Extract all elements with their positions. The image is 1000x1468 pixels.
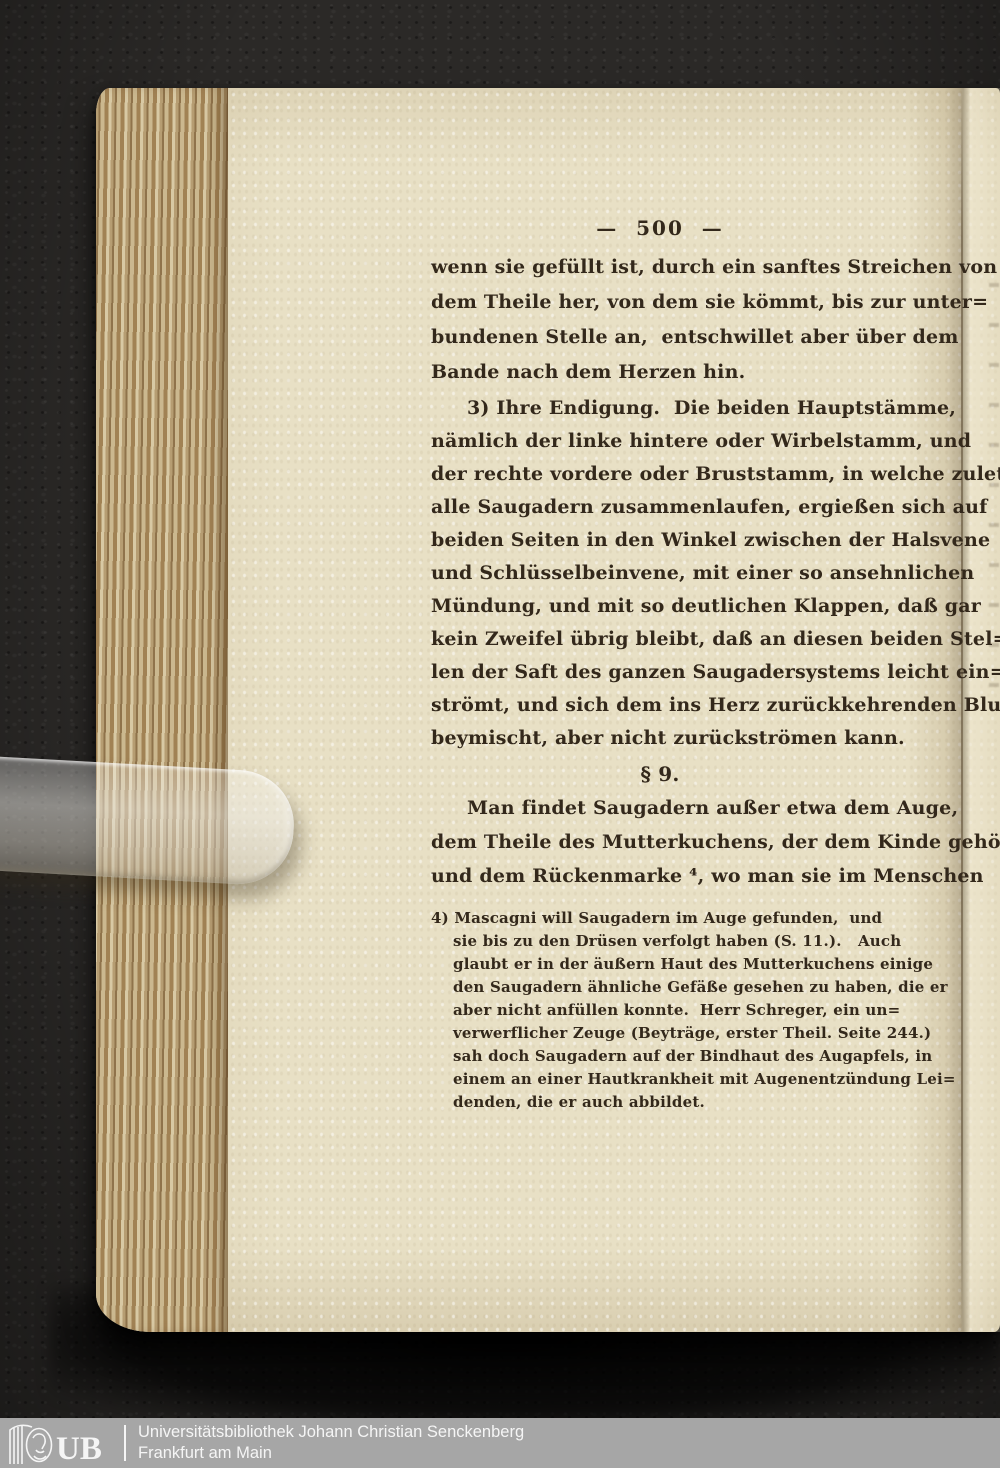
book-page: — 500 — wenn sie gefüllt ist, durch ein …: [96, 88, 1000, 1332]
text-line: aber nicht anfüllen konnte. Herr Schrege…: [453, 999, 893, 1022]
text-line: len der Saft des ganzen Saugadersystems …: [431, 656, 889, 689]
text-line: nämlich der linke hintere oder Wirbelsta…: [431, 425, 889, 458]
paragraph: 3) Ihre Endigung. Die beiden Hauptstämme…: [431, 392, 889, 755]
text-line: kein Zweifel übrig bleibt, daß an diesen…: [431, 623, 889, 656]
text-line: alle Saugadern zusammenlaufen, ergießen …: [431, 491, 889, 524]
text-line: wenn sie gefüllt ist, durch ein sanftes …: [431, 250, 889, 285]
text-line: dem Theile her, von dem sie kömmt, bis z…: [431, 285, 889, 320]
text-line: glaubt er in der äußern Haut des Mutterk…: [453, 953, 893, 976]
text-line: sah doch Saugadern auf der Bindhaut des …: [453, 1045, 893, 1068]
text-line: und Schlüsselbeinvene, mit einer so anse…: [431, 557, 889, 590]
footnote-block: 4) Mascagni will Saugadern im Auge gefun…: [431, 907, 893, 1114]
text-line: und dem Rückenmarke ⁴, wo man sie im Men…: [431, 859, 889, 893]
text-line: 3) Ihre Endigung. Die beiden Hauptstämme…: [431, 392, 889, 425]
text-line: 4) Mascagni will Saugadern im Auge gefun…: [453, 907, 893, 930]
footer-logo-separator: [124, 1425, 126, 1461]
transparent-page-holder-strip: [0, 756, 297, 887]
institution-name: Universitätsbibliothek Johann Christian …: [138, 1422, 524, 1443]
section-heading: § 9.: [431, 761, 889, 787]
text-line: der rechte vordere oder Bruststamm, in w…: [431, 458, 889, 491]
page-number: — 500 —: [431, 216, 889, 240]
text-line: verwerflicher Zeuge (Beyträge, erster Th…: [453, 1022, 893, 1045]
text-line: den Saugadern ähnliche Gefäße gesehen zu…: [453, 976, 893, 999]
text-line: denden, die er auch abbildet.: [453, 1091, 893, 1114]
text-line: strömt, und sich dem ins Herz zurückkehr…: [431, 689, 889, 722]
text-line: beiden Seiten in den Winkel zwischen der…: [431, 524, 889, 557]
printed-text-block: — 500 — wenn sie gefüllt ist, durch ein …: [431, 216, 889, 1114]
text-line: einem an einer Hautkrankheit mit Augenen…: [453, 1068, 893, 1091]
ub-logo-icon: UB: [6, 1420, 110, 1466]
book-scan: — 500 — wenn sie gefüllt ist, durch ein …: [0, 0, 1000, 1468]
text-line: sie bis zu den Drüsen verfolgt haben (S.…: [453, 930, 893, 953]
text-line: Mündung, und mit so deutlichen Klappen, …: [431, 590, 889, 623]
text-line: bundenen Stelle an, entschwillet aber üb…: [431, 320, 889, 355]
paragraph: wenn sie gefüllt ist, durch ein sanftes …: [431, 250, 889, 390]
institution-city: Frankfurt am Main: [138, 1443, 524, 1464]
text-line: beymischt, aber nicht zurückströmen kann…: [431, 722, 889, 755]
text-line: Bande nach dem Herzen hin.: [431, 355, 889, 390]
footer-institution-text: Universitätsbibliothek Johann Christian …: [138, 1422, 524, 1464]
library-footer-bar: UB Universitätsbibliothek Johann Christi…: [0, 1418, 1000, 1468]
ub-logo: UB: [6, 1420, 110, 1466]
text-line: Man findet Saugadern außer etwa dem Auge…: [431, 791, 889, 825]
text-line: dem Theile des Mutterkuchens, der dem Ki…: [431, 825, 889, 859]
ub-logo-text: UB: [56, 1431, 102, 1466]
deckle-page-edge: [96, 88, 228, 1332]
paragraph: Man findet Saugadern außer etwa dem Auge…: [431, 791, 889, 893]
